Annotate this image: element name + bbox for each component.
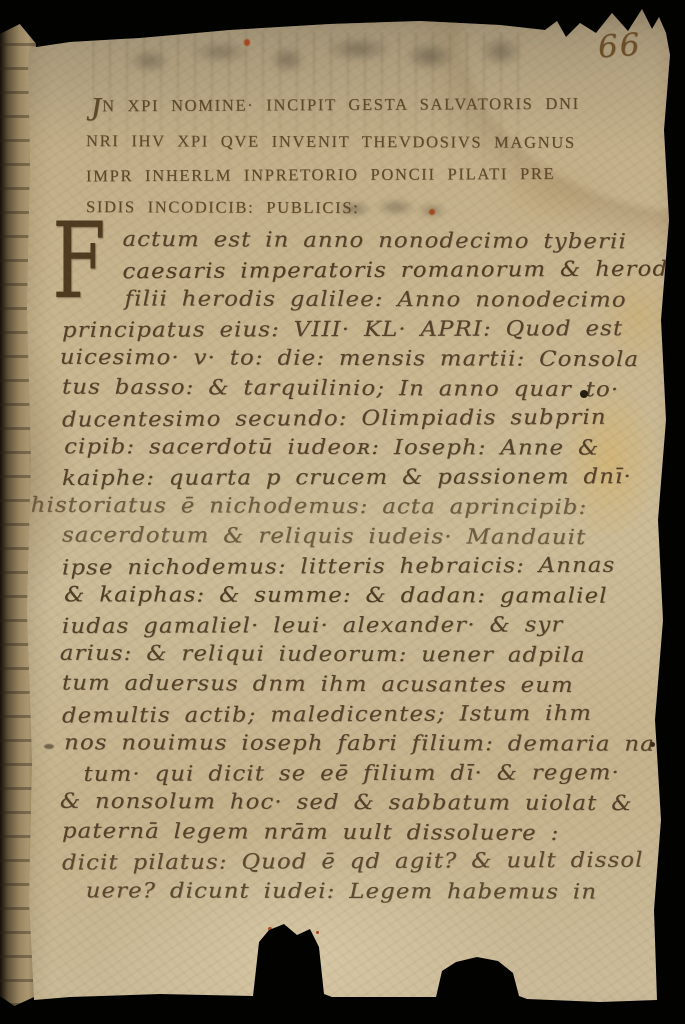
heading-block: JN XPI NOMINE· INCIPIT GESTA SALVATORIS … [86, 88, 606, 224]
text-line: uicesimo· v· to: die: mensis martii: Con… [60, 343, 665, 375]
text-line: paternā legem nrām uult dissoluere : [62, 816, 667, 849]
heading-line: JN XPI NOMINE· INCIPIT GESTA SALVATORIS … [86, 87, 606, 127]
text-line: tus basso: & tarquilinio; In anno quar t… [62, 373, 667, 406]
text-line: dicit pilatus: Quod ē qd agit? & uult di… [62, 846, 667, 879]
text-line: principatus eius: VIII· KL· APRI: Quod e… [62, 314, 667, 346]
text-line: nos nouimus ioseph fabri filium: demaria… [64, 728, 669, 759]
text-line: ipse nichodemus: litteris hebraicis: Ann… [62, 550, 667, 583]
red-speck [244, 39, 250, 46]
heading-line-text: N XPI NOMINE· INCIPIT GESTA SALVATORIS D… [102, 94, 580, 116]
red-speck [429, 209, 435, 215]
text-line: sacerdotum & reliquis iudeis· Mandauit [62, 520, 667, 553]
folio-number: 66 [597, 27, 643, 66]
heading-initial: J [86, 91, 101, 128]
text-line: ducentesimo secundo: Olimpiadis subprin [62, 402, 667, 435]
text-line: historiatus ē nichodemus: acta aprincipi… [31, 491, 665, 523]
red-speck [268, 927, 272, 931]
text-line: kaiphe: quarta p crucem & passionem dnī· [62, 462, 667, 494]
margin-mark [44, 744, 54, 749]
text-line: tum aduersus dnm ihm acusantes eum [62, 668, 667, 701]
text-line: caesaris imperatoris romanorum & herodis [62, 254, 667, 287]
ink-speck [650, 742, 655, 747]
manuscript-photo: 66 JN XPI NOMINE· INCIPIT GESTA SALVATOR… [0, 0, 685, 1024]
text-line: filii herodis galilee: Anno nonodecimo [64, 284, 669, 315]
heading-line: IMPR INHERLM INPRETORIO PONCII PILATI PR… [86, 157, 606, 193]
text-line: uere? dicunt iudei: Legem habemus in [64, 876, 669, 907]
text-line: & kaiphas: & summe: & dadan: gamaliel [64, 580, 669, 611]
punctuation-dot [580, 390, 588, 398]
text-line: actum est in anno nonodecimo tyberii [62, 225, 667, 258]
text-line: demultis actib; maledicentes; Istum ihm [62, 698, 667, 731]
red-speck [316, 931, 319, 934]
text-line: arius: & reliqui iudeorum: uener adpila [60, 639, 665, 671]
text-line: & nonsolum hoc· sed & sabbatum uiolat & [60, 787, 665, 819]
text-line: tum· qui dicit se eē filium dī· & regem· [62, 758, 667, 790]
heading-line: NRI IHV XPI QVE INVENIT THEVDOSIVS MAGNU… [86, 124, 606, 159]
text-line: iudas gamaliel· leui· alexander· & syr [62, 610, 667, 642]
parchment-page: 66 JN XPI NOMINE· INCIPIT GESTA SALVATOR… [0, 0, 685, 1024]
heading-line: SIDIS INCODICIB: PUBLICIS: [86, 190, 606, 225]
body-text-block: actum est in anno nonodecimo tyberii cae… [62, 226, 667, 907]
text-line: cipib: sacerdotū iudeoʀ: Ioseph: Anne & [64, 432, 669, 463]
